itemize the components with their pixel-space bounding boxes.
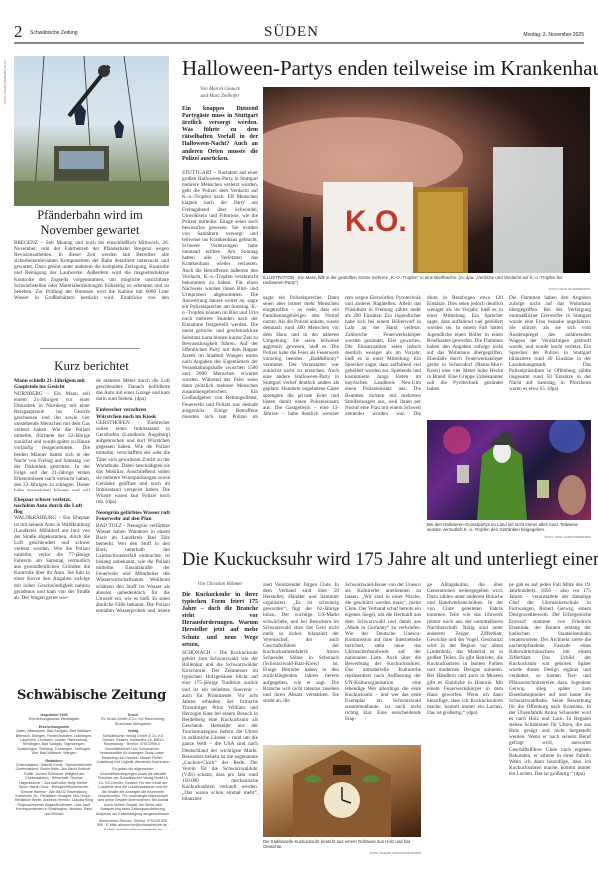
halloween-body-col1: STUTTGART – Nachdem auf einer großen Hal… [182, 170, 258, 418]
pfaenderbahn-headline: Pfänderbahn wird im November gewartet [30, 208, 150, 238]
issue-date: Montag, 3. November 2025 [523, 32, 584, 38]
kurz-item-body: de mehrere Meter durch die Luft geschleu… [96, 378, 170, 402]
party-photo-caption: Bei den Halloween-Gruselpartys im Land l… [427, 522, 591, 533]
kurz-col-right: de mehrere Meter durch die Luft geschleu… [96, 378, 170, 615]
kurz-item-headline: Neongrün gefärbtes Wasser ruft Feuerwehr… [96, 510, 170, 523]
impressum-text: Es gelten die allgemeinen Geschäftsbedin… [96, 767, 170, 815]
halloween-body-col4: dium in Reutlingen etwa 120 Einsätze. Di… [427, 295, 503, 415]
halloween-photo-caption: ILLUSTRATION - Ein Mann füllt in der ges… [263, 275, 573, 286]
kurz-col-left: Mann schießt 21-Jährigem mit Gaspistole … [14, 378, 90, 615]
kuckuck-body-col4: ge Alltagskultur, die über Generationen … [427, 582, 503, 864]
halloween-body-col5: Die Flammen haben den Angaben zufolge ni… [509, 295, 591, 415]
kurz-item-headline: Ehepaar schwer verletzt, nachdem Auto du… [14, 497, 90, 516]
kuckuck-photo-caption: Die traditionelle Kuckucksuhr besteht au… [263, 839, 421, 850]
kuckuck-body-col2: ziert Vorsitzender Jürgen Clute. In dem … [263, 582, 339, 742]
impressum-text: Schwäbischer Verlag GmbH & Co. KG Drexle… [96, 734, 170, 765]
impressum-text: Chefredakteur: Gabriel Kords · Stellvert… [14, 763, 94, 816]
kurz-item-headline: Einbrecher verzehren Würstchen noch im K… [96, 407, 170, 420]
ko-tropfen-photo: K.O. [263, 87, 590, 273]
kurz-item-body: WALDKRAIBURG - Ein Ehepaar ist mit seine… [14, 515, 90, 615]
halloween-body-col3: rem wegen Eierwürfen, Pyrotechnik und an… [345, 295, 421, 415]
kuckuck-lead: Die Kuckucksuhr in ihrer typischen Form … [182, 592, 258, 649]
pfaenderbahn-body: BREGENZ – Seit Montag und noch bis einsc… [14, 240, 169, 300]
impressum-text: SV Druck GmbH & Co. KG Ravensburg, Druck… [96, 717, 170, 726]
halloween-party-photo [427, 420, 591, 520]
pfaenderbahn-photo [14, 56, 169, 206]
section-title: SÜDEN [264, 24, 319, 41]
kuckuck-photo-credit: FOTO: PHILIPP VON DITFURTH/DPA [263, 851, 421, 855]
impressum-text: Abonnenten-Service: Telefon: 0751/29 555… [96, 819, 170, 830]
pfaenderbahn-photo-credit: FOTO: DPA/PFÄNDERBAHN AG [3, 60, 11, 104]
page-number: 2 [14, 22, 23, 42]
ko-label: K.O. [345, 205, 407, 239]
kurz-berichtet-title: Kurz berichtet [14, 358, 169, 374]
halloween-byline-1: Von Marcel Gnauck [182, 87, 258, 92]
impressum-left: Gegründet 1945 Erscheinungsweise Werktäg… [14, 710, 94, 830]
kurz-item-headline: Mann schießt 21-Jährigem mit Gaspistole … [14, 378, 90, 391]
kuckuck-byline: Von Christian Böhmer [182, 582, 258, 587]
newspaper-logo: Schwäbische Zeitung [14, 688, 169, 703]
kuckuck-headline: Die Kuckucksuhr wird 175 Jahre alt und u… [182, 548, 592, 572]
kurz-item-body: BAD TÖLZ - Neongrün verfärbtes Wasser ha… [96, 523, 170, 615]
halloween-headline: Halloween-Partys enden teilweise im Kran… [182, 56, 592, 80]
halloween-byline-2: und Marc Zeilhofer [182, 94, 258, 99]
publication-name: Schwäbische Zeitung [30, 30, 78, 36]
kurz-item-body: GERSTHOFEN - Einbrecher sollen einen Imb… [96, 420, 170, 504]
kurz-item-body: NÜRNBERG - Ein Mann soll einem 21-Jährig… [14, 391, 90, 491]
kuckucksuhr-photo [263, 745, 421, 837]
halloween-body-col2: sagte ein Polizeisprecher. Dann seien ab… [263, 295, 339, 415]
halloween-lead: Ein knappes Dutzend Partygäste muss in S… [182, 106, 258, 163]
party-photo-credit: FOTO: JÖRG CARSTENSEN/DPA [427, 535, 591, 539]
impressum-text: Erscheinungsweise Werktäglich [14, 717, 94, 721]
halloween-photo-credit: FOTO: NICOLAS ARMER/DPA [263, 287, 590, 291]
impressum-text: Aalen, Altshausen, Bad Saulgau, Bad Wald… [14, 729, 94, 755]
kuckuck-body-col5: pe gab es auf jeden Fall Mitte des 19. J… [509, 582, 591, 864]
kuckuck-body-col1: SCHONACH – Die Kuckucksuhr gehört zum Sc… [182, 650, 258, 865]
cable-car-illustration [14, 56, 169, 206]
impressum-right: Druck SV Druck GmbH & Co. KG Ravensburg,… [96, 710, 170, 830]
page-header: 2 Schwäbische Zeitung SÜDEN Montag, 3. N… [14, 22, 584, 44]
divider [40, 348, 140, 349]
